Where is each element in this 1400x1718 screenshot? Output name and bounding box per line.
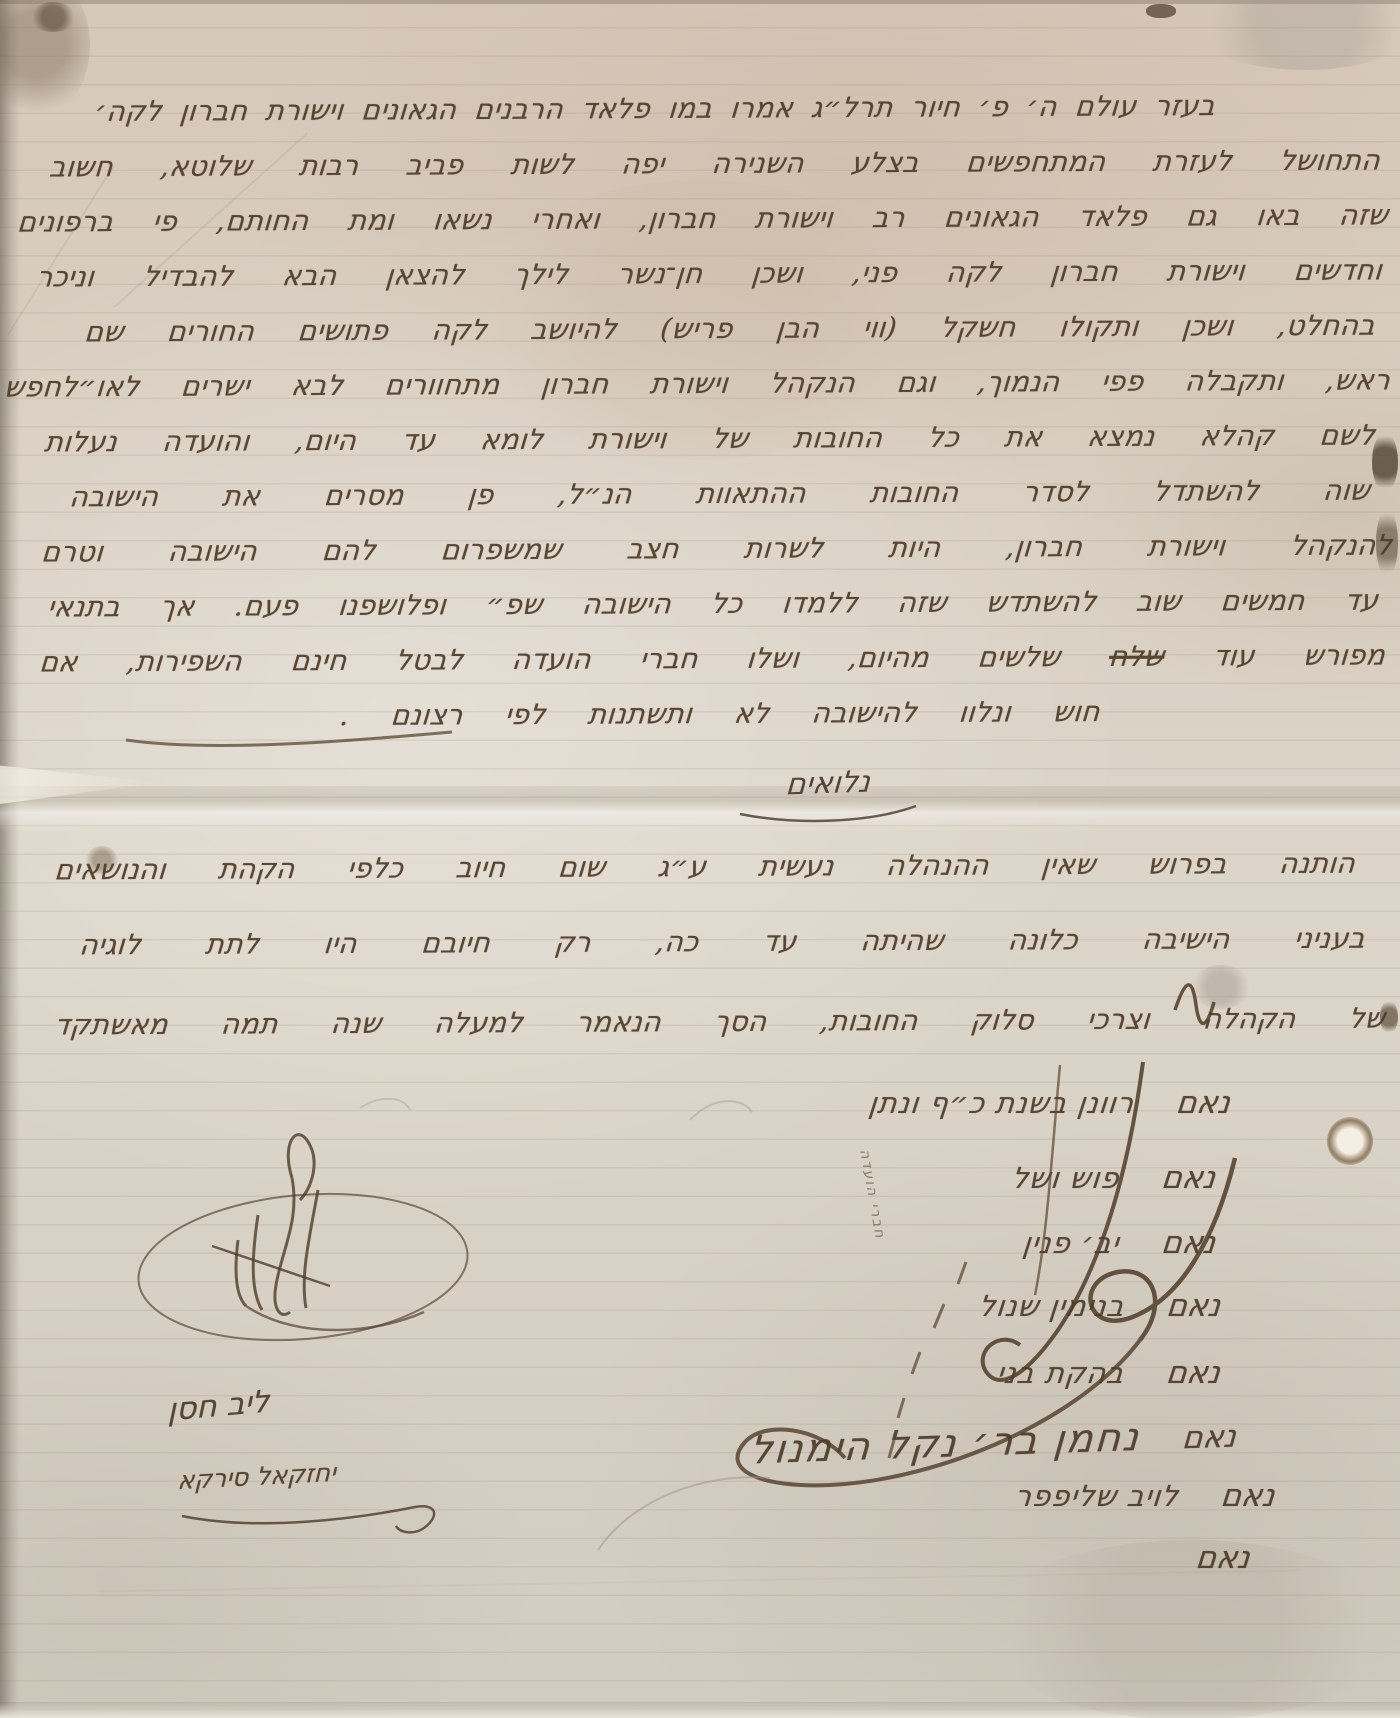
declaration-label: נאם	[1174, 1085, 1232, 1121]
scanned-letter-page: בעזר עולם ה׳ פ׳ חיור תרל״ג אמרו במו פלאד…	[0, 0, 1400, 1718]
line-text: מפורש עוד	[1212, 638, 1387, 672]
handwritten-line: שוה להשתדל לסדר החובות ההתאוות הנ״ל, פן …	[68, 474, 1372, 514]
declaration-label: נאם	[1164, 1288, 1222, 1324]
ink-blot	[1146, 4, 1176, 18]
declaration-label: נאם	[1180, 1419, 1237, 1457]
signer-name: לויב שליפפר	[1013, 1479, 1181, 1513]
signature-row: נאםבנימין שנול	[976, 1288, 1222, 1324]
declaration-label: נאם	[1164, 1355, 1222, 1391]
signer-name: רוונן בשנת כ״ף ונתן	[867, 1086, 1137, 1120]
line-text: שלשים מהיום, ושלו חברי הועדה לבטל חינם ה…	[38, 640, 1062, 678]
signature-row: נאם	[1152, 1540, 1252, 1576]
handwritten-line: עד חמשים שוב להשתדש שזה ללמדו כל הישובה …	[46, 584, 1380, 624]
stain	[30, 2, 76, 32]
signature-row: נאםבהקת בני	[995, 1355, 1223, 1391]
handwritten-line: בהחלט, ושכן ותקולו חשקל (ווי הבן פריש) ל…	[83, 309, 1377, 349]
edge-tear-mark	[1372, 432, 1398, 492]
signer-name: יב׳ פנין	[1021, 1226, 1122, 1260]
handwritten-line: התחושל לעזרת המתחפשים בצלע השנירה יפה לש…	[48, 144, 1382, 184]
handwritten-line: בעניני הישיבה כלונה שהיתה עד כה, רק חיוב…	[78, 922, 1367, 962]
signer-name: פוש ושל	[1009, 1161, 1121, 1195]
centered-word: נלואים	[736, 763, 920, 804]
handwritten-line: של הקהלה וצרכי סלוק החובות, הסך הנאמר למ…	[53, 1002, 1387, 1042]
signature-row: נאםרוונן בשנת כ״ף ונתן	[867, 1085, 1233, 1121]
handwritten-line: הותנה בפרוש שאין ההנהלה נעשית ע״ג שום חי…	[53, 847, 1357, 887]
signature-row: נאםיב׳ פנין	[1020, 1225, 1217, 1261]
handwritten-line: בעזר עולם ה׳ פ׳ חיור תרל״ג אמרו במו פלאד…	[93, 89, 1217, 128]
scan-edge-left	[0, 0, 20, 1718]
signer-name: בנימין שנול	[976, 1289, 1126, 1323]
declaration-label: נאם	[1159, 1225, 1217, 1261]
declaration-label: נאם	[1194, 1540, 1252, 1576]
handwritten-line: לשם קהלא נמצא את כל החובות של וישורת לומ…	[43, 419, 1377, 459]
signature-row: נאםלויב שליפפר	[1013, 1478, 1277, 1514]
handwritten-line: מפורש עוד שלח שלשים מהיום, ושלו חברי הוע…	[38, 638, 1387, 678]
declaration-label: נאם	[1159, 1160, 1217, 1196]
handwritten-line: חוש ונלוו להישובה לא ותשתנות לפי רצונם .	[338, 695, 1102, 732]
signature-row: נאםפוש ושל	[1009, 1160, 1217, 1196]
punched-hole	[1327, 1117, 1373, 1165]
declaration-label: נאם	[1219, 1478, 1277, 1514]
horizontal-fold-crease	[0, 786, 1400, 832]
struck-word: שלח	[1108, 640, 1167, 673]
handwritten-line: וחדשים וישורת חברון לקה פני, ושכן חן־נשר…	[35, 253, 1384, 293]
signer-name: בהקת בני	[995, 1356, 1127, 1390]
scan-edge-top	[0, 0, 1400, 4]
